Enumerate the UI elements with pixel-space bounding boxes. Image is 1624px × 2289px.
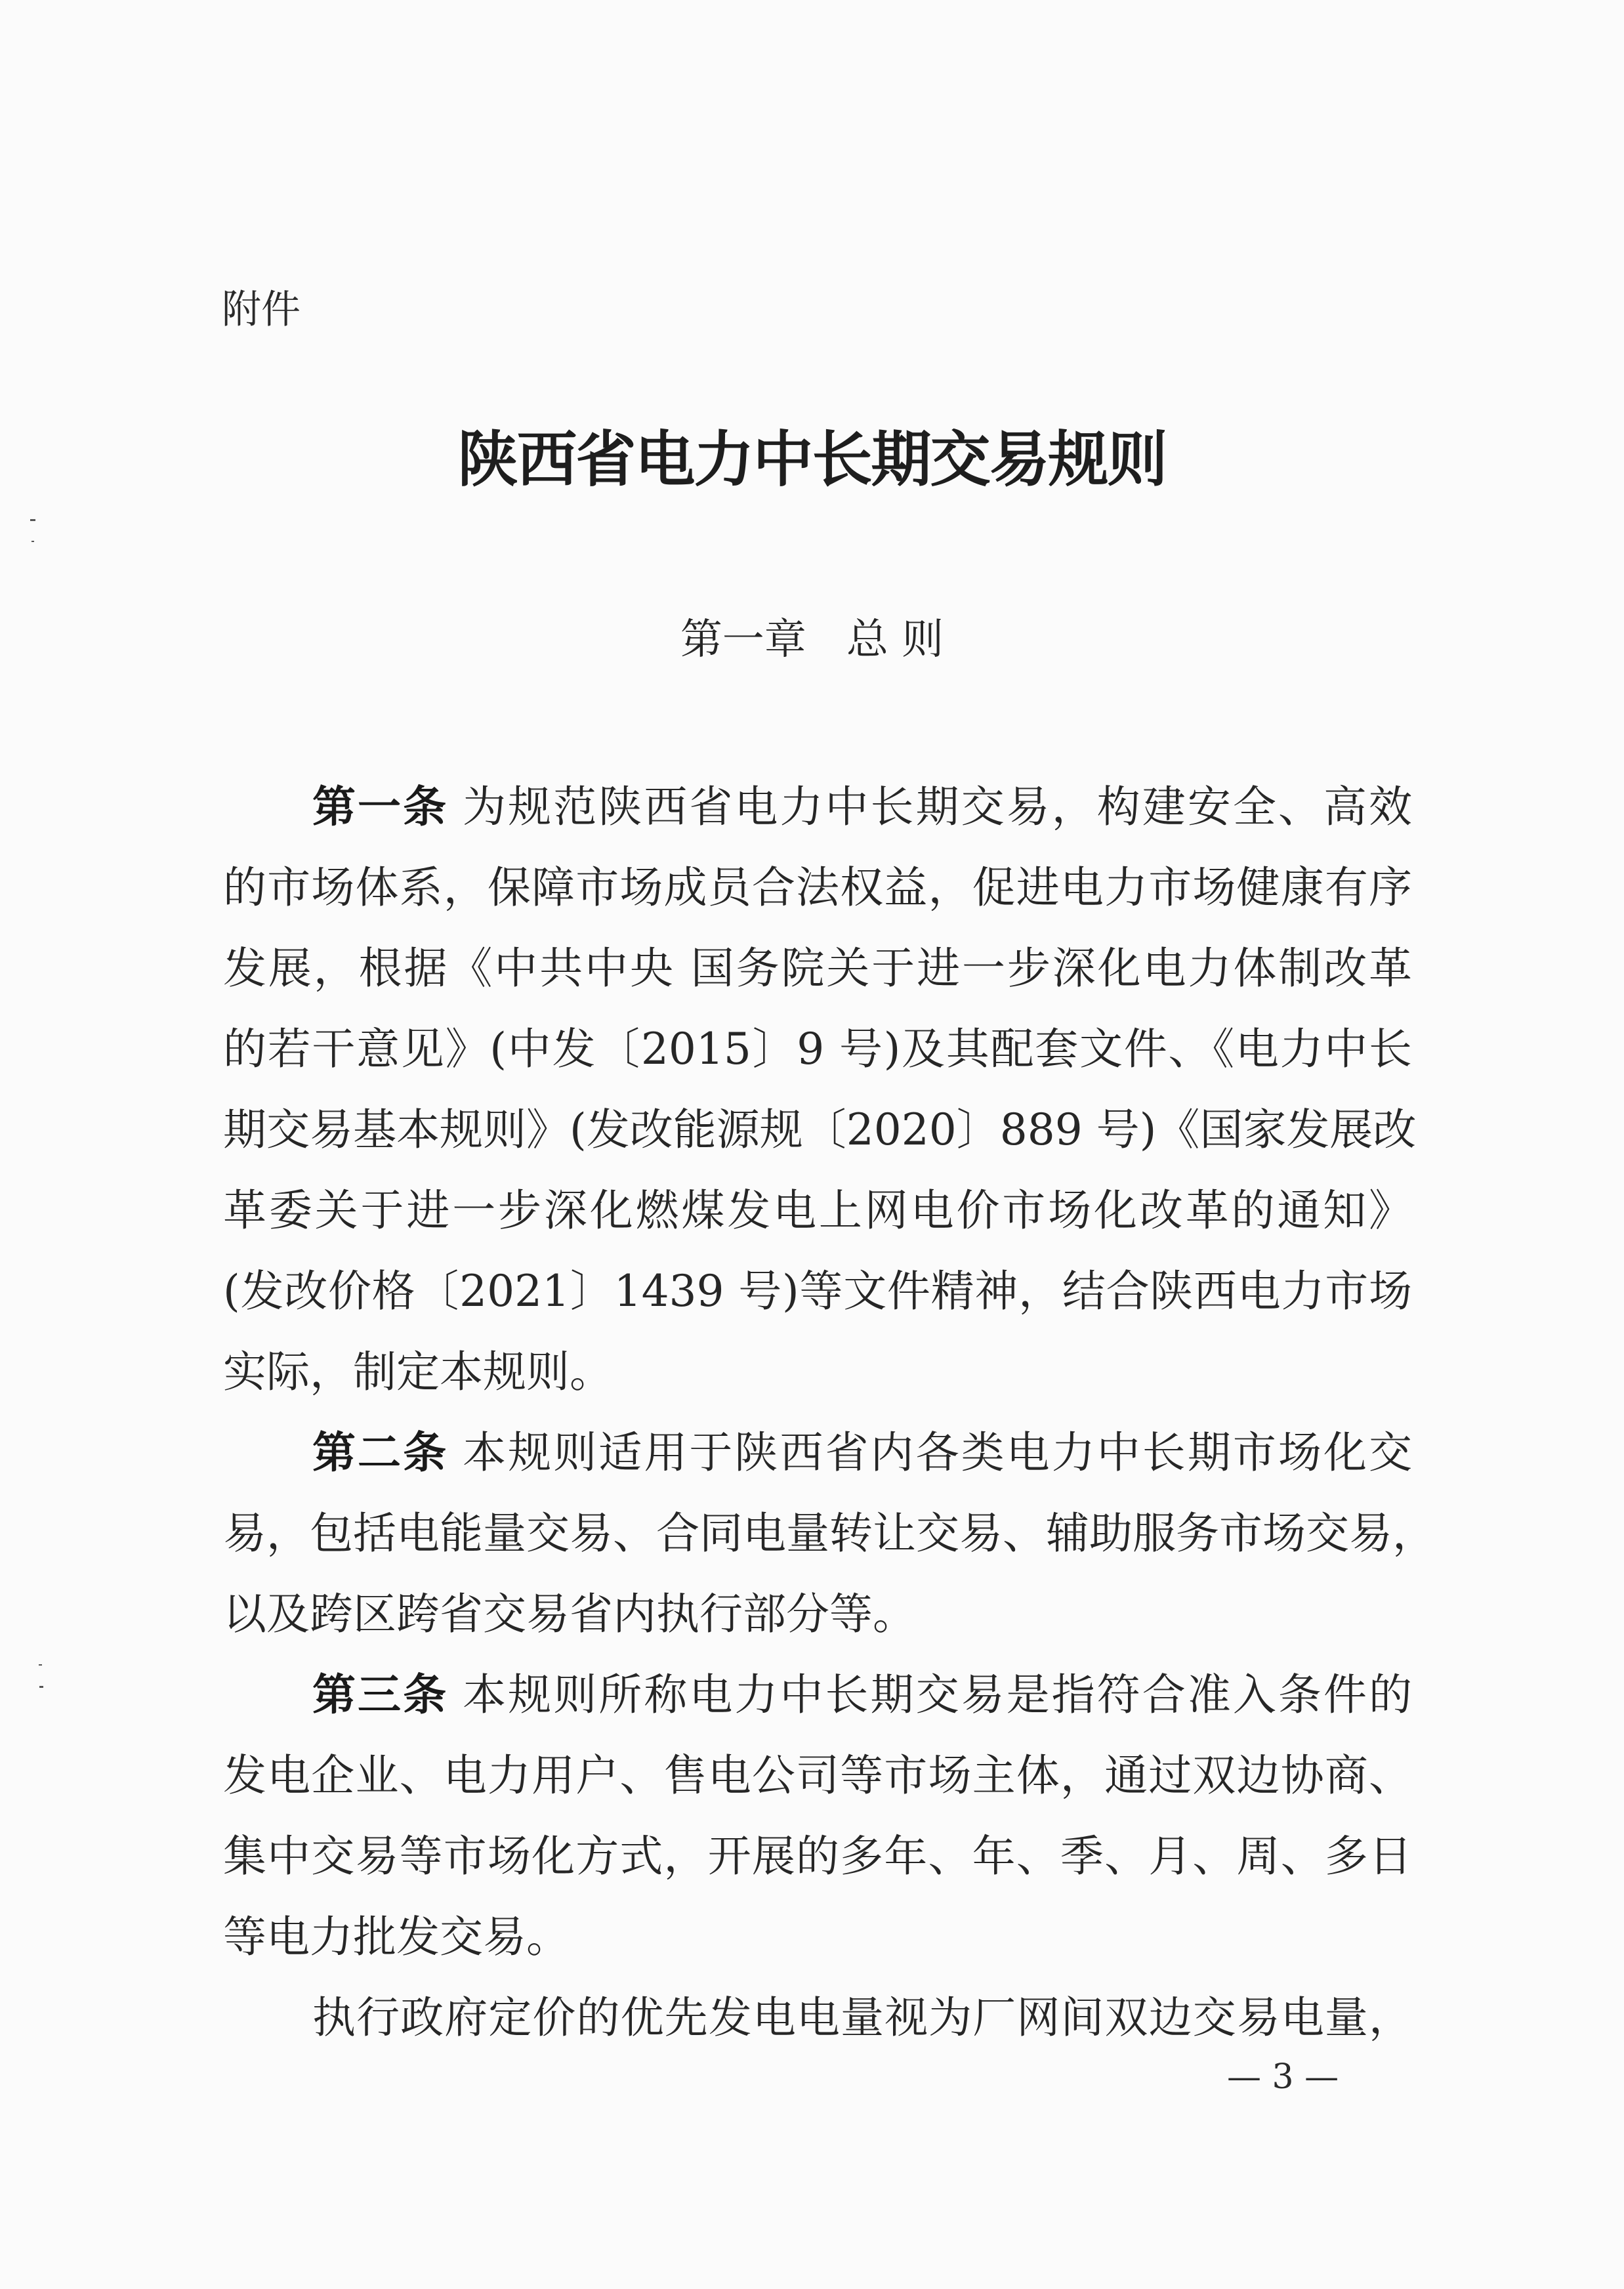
article-text: 本规则所称电力中长期交易是指符合准入条件的 xyxy=(463,1669,1412,1720)
article-line: 易，包括电能量交易、合同电量转让交易、辅助服务市场交易， xyxy=(223,1501,1412,1582)
article-number: 第二条 xyxy=(312,1427,448,1478)
article-number: 第三条 xyxy=(312,1669,448,1720)
article-line: 革委关于进一步深化燃煤发电上网电价市场化改革的通知》 xyxy=(223,1178,1412,1259)
document-title: 陕西省电力中长期交易规则 xyxy=(0,420,1624,499)
article-number: 第一条 xyxy=(312,782,448,832)
article-line: (发改价格〔2021〕1439 号)等文件精神，结合陕西电力市场 xyxy=(223,1259,1412,1339)
article-line: 期交易基本规则》(发改能源规〔2020〕889 号)《国家发展改 xyxy=(223,1097,1412,1178)
article-line: 的若干意见》(中发〔2015〕9 号)及其配套文件、《电力中长 xyxy=(223,1017,1412,1097)
chapter-heading: 第一章 总 则 xyxy=(0,610,1624,669)
article-line: 第三条本规则所称电力中长期交易是指符合准入条件的 xyxy=(223,1662,1412,1743)
margin-mark xyxy=(31,541,34,542)
document-body: 第一条为规范陕西省电力中长期交易，构建安全、高效 的市场体系，保障市场成员合法权… xyxy=(223,774,1412,2066)
article-line: 发电企业、电力用户、售电公司等市场主体，通过双边协商、 xyxy=(223,1743,1412,1824)
article-line: 实际，制定本规则。 xyxy=(223,1339,1412,1420)
attachment-label: 附件 xyxy=(222,283,301,336)
article-text: 为规范陕西省电力中长期交易，构建安全、高效 xyxy=(463,782,1412,832)
article-line: 第一条为规范陕西省电力中长期交易，构建安全、高效 xyxy=(223,774,1412,855)
document-page: 附件 陕西省电力中长期交易规则 第一章 总 则 第一条为规范陕西省电力中长期交易… xyxy=(0,0,1624,2289)
article-line: 第二条本规则适用于陕西省内各类电力中长期市场化交 xyxy=(223,1420,1412,1501)
margin-mark xyxy=(30,519,35,521)
article-1: 第一条为规范陕西省电力中长期交易，构建安全、高效 的市场体系，保障市场成员合法权… xyxy=(223,774,1412,1420)
article-line: 以及跨区跨省交易省内执行部分等。 xyxy=(223,1582,1412,1662)
article-line: 的市场体系，保障市场成员合法权益，促进电力市场健康有序 xyxy=(223,855,1412,936)
article-line: 等电力批发交易。 xyxy=(223,1904,1412,1985)
article-line: 集中交易等市场化方式，开展的多年、年、季、月、周、多日 xyxy=(223,1824,1412,1904)
article-text: 本规则适用于陕西省内各类电力中长期市场化交 xyxy=(463,1427,1412,1478)
article-3: 第三条本规则所称电力中长期交易是指符合准入条件的 发电企业、电力用户、售电公司等… xyxy=(223,1662,1412,1985)
article-2: 第二条本规则适用于陕西省内各类电力中长期市场化交 易，包括电能量交易、合同电量转… xyxy=(223,1420,1412,1662)
page-number: — 3 — xyxy=(1227,2051,1339,2103)
margin-mark xyxy=(39,1686,43,1688)
margin-mark xyxy=(39,1664,42,1666)
article-line: 发展，根据《中共中央 国务院关于进一步深化电力体制改革 xyxy=(223,936,1412,1017)
